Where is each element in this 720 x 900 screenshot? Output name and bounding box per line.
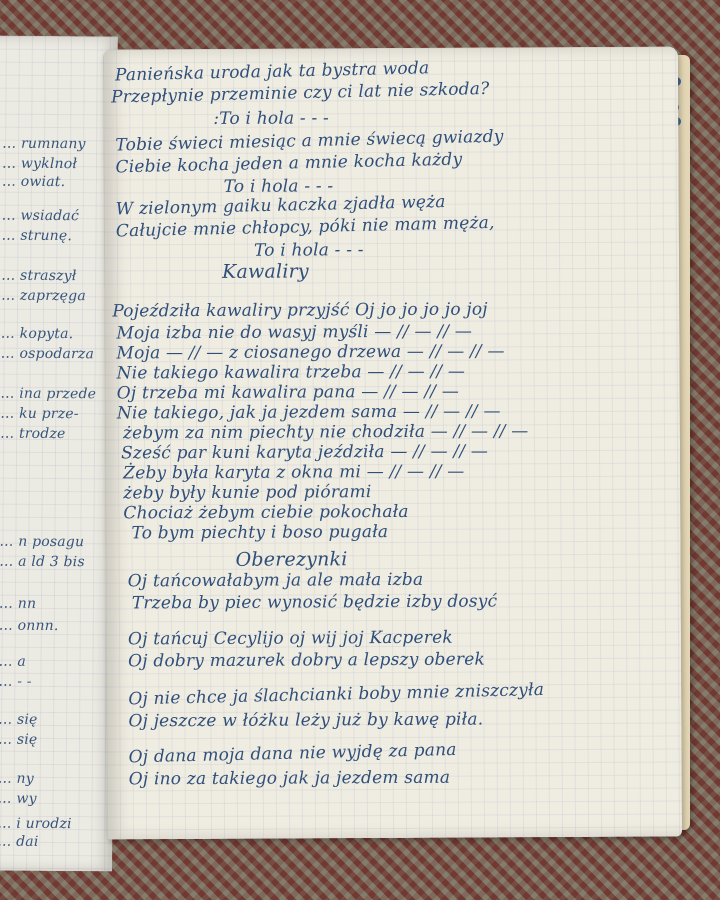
lyric-line: Pojeździła kawaliry przyjść Oj jo jo jo …: [112, 299, 488, 321]
right-notebook-page: Panieńska uroda jak ta bystra woda Przep…: [103, 47, 682, 840]
refrain-line: :To i hola - - -: [213, 108, 329, 129]
left-fragment: … się: [0, 712, 38, 728]
lyric-line: Moja — // — z ciosanego drzewa — // — //…: [116, 341, 504, 363]
section-title-kawaliry: Kawaliry: [222, 260, 309, 282]
lyric-line: Żeby była karyta z okna mi — // — // —: [123, 462, 464, 484]
lyric-line: Oj nie chce ja ślachcianki boby mnie zni…: [128, 680, 544, 709]
lyric-line: żeby były kunie pod piórami: [123, 482, 371, 503]
lyric-line: Nie takiego, jak ja jezdem sama — // — /…: [117, 401, 501, 423]
left-fragment: … a ld 3 bis: [0, 554, 85, 571]
lyric-line: żebym za nim piechty nie chodziła — // —…: [123, 421, 529, 443]
left-fragment: … strunę.: [1, 228, 72, 244]
lyric-line: Oj tańcuj Cecylijo oj wij joj Kacperek: [128, 628, 453, 650]
lyric-line: To bym piechty i boso pugała: [131, 522, 388, 543]
left-fragment: … owiat.: [2, 174, 65, 190]
left-fragment: … się: [0, 732, 37, 748]
left-fragment: … trodze: [0, 426, 66, 442]
lyric-line: Moja izba nie do wasyj myśli — // — // —: [116, 322, 472, 344]
lyric-line: Oj dana moja dana nie wyjdę za pana: [128, 740, 456, 767]
lyric-line: Oj dobry mazurek dobry a lepszy oberek: [128, 650, 485, 672]
lyric-line: Trzeba by piec wynosić będzie izby dosyć: [132, 591, 498, 613]
left-fragment: … wsiadać: [2, 208, 80, 225]
section-title-oberki: Oberezynki: [236, 548, 348, 571]
lyric-line: Oj tańcowałabym ja ale mała izba: [128, 570, 424, 592]
lyric-line: Chociaż żebym ciebie pokochała: [123, 502, 408, 523]
left-fragment: … ospodarza: [1, 346, 95, 363]
left-fragment: … onnn.: [0, 618, 59, 634]
left-notebook-page: … rumnany … wyklnoł … owiat. … wsiadać ……: [0, 36, 118, 872]
left-fragment: … ku prze-: [0, 406, 79, 423]
left-fragment: … rumnany: [2, 136, 86, 153]
left-fragment: … dai: [0, 834, 39, 850]
left-fragment: … wyklnoł: [2, 156, 77, 173]
left-fragment: … straszył: [1, 268, 76, 285]
left-fragment: … ina przede: [0, 386, 96, 403]
lyric-line: Sześć par kuni karyta jeździła — // — //…: [121, 442, 488, 464]
lyric-line: Oj jeszcze w łóżku leży już by kawę piła…: [128, 710, 483, 732]
lyric-line: Oj trzeba mi kawalira pana — // — // —: [117, 382, 459, 404]
left-fragment: … nn: [0, 596, 36, 612]
left-fragment: … i urodzi: [0, 816, 72, 833]
lyric-line: Nie takiego kawalira trzeba — // — // —: [117, 362, 466, 384]
left-fragment: … kopyta.: [1, 326, 74, 343]
refrain-line: To i hola - - -: [254, 240, 364, 261]
left-fragment: … wy: [0, 791, 37, 807]
left-fragment: … a: [0, 654, 26, 670]
lyric-line: Oj ino za takiego jak ja jezdem sama: [129, 768, 451, 790]
left-fragment: … - -: [0, 674, 32, 690]
left-fragment: … zaprzęga: [1, 288, 86, 305]
left-fragment: … n posagu: [0, 534, 84, 551]
refrain-line: To i hola - - -: [224, 176, 334, 197]
left-fragment: … ny: [0, 771, 34, 787]
